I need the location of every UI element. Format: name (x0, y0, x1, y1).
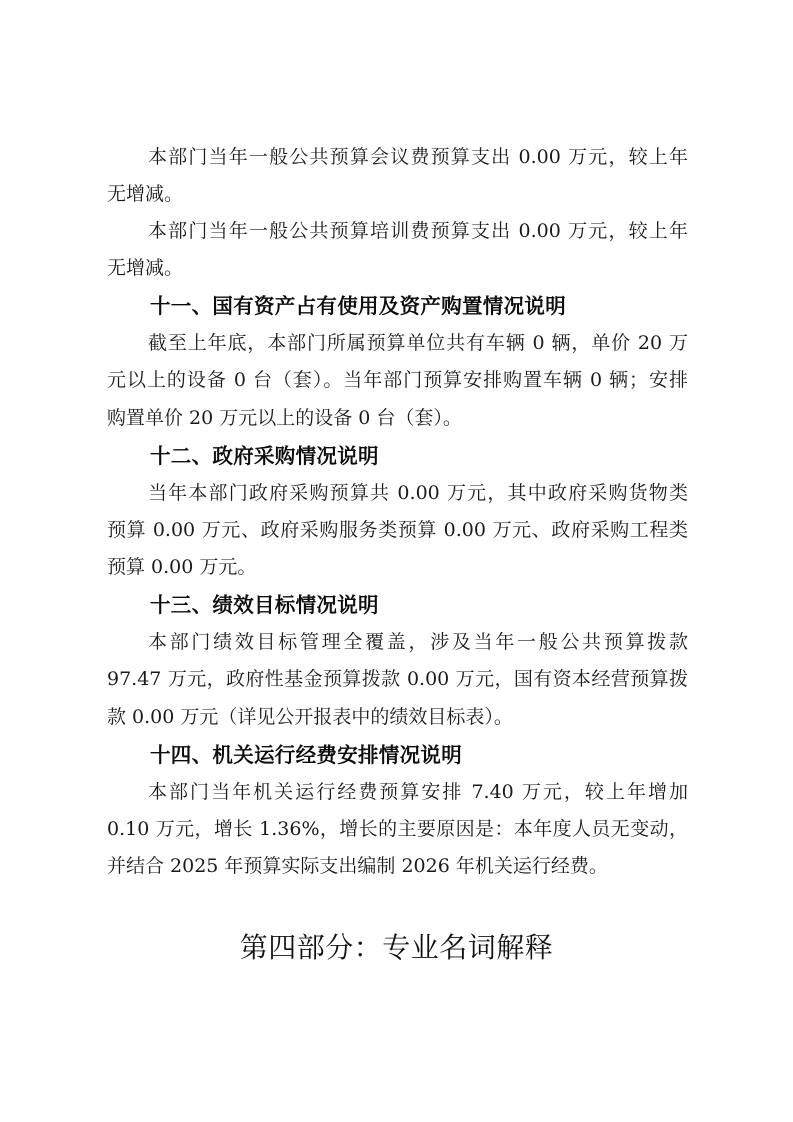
section-operating-costs-line-2: 0.10 万元，增长 1.36%，增长的主要原因是：本年度人员无变动， (107, 811, 688, 848)
section-heading-procurement: 十二、政府采购情况说明 (150, 438, 379, 475)
section-heading-operating-costs: 十四、机关运行经费安排情况说明 (150, 737, 462, 774)
section-heading-performance: 十三、绩效目标情况说明 (150, 587, 379, 624)
part-title: 第四部分：专业名词解释 (0, 928, 793, 968)
paragraph-training-fee-line-2: 无增减。 (107, 250, 688, 287)
section-operating-costs-line-1: 本部门当年机关运行经费预算安排 7.40 万元，较上年增加 (148, 774, 688, 811)
section-procurement-line-3: 预算 0.00 万元。 (107, 549, 688, 586)
section-procurement-line-1: 当年本部门政府采购预算共 0.00 万元，其中政府采购货物类 (148, 475, 688, 512)
paragraph-meeting-fee-line-2: 无增减。 (107, 176, 688, 213)
section-assets-line-1: 截至上年底，本部门所属预算单位共有车辆 0 辆，单价 20 万 (148, 325, 688, 362)
section-heading-assets: 十一、国有资产占有使用及资产购置情况说明 (150, 288, 566, 325)
section-assets-line-3: 购置单价 20 万元以上的设备 0 台（套）。 (107, 400, 688, 437)
document-page: 本部门当年一般公共预算会议费预算支出 0.00 万元，较上年 无增减。 本部门当… (0, 0, 793, 1122)
section-procurement-line-2: 预算 0.00 万元、政府采购服务类预算 0.00 万元、政府采购工程类 (107, 512, 688, 549)
section-assets-line-2: 元以上的设备 0 台（套）。当年部门预算安排购置车辆 0 辆；安排 (107, 362, 688, 399)
paragraph-training-fee-line-1: 本部门当年一般公共预算培训费预算支出 0.00 万元，较上年 (148, 213, 688, 250)
section-performance-line-3: 款 0.00 万元（详见公开报表中的绩效目标表）。 (107, 699, 688, 736)
paragraph-meeting-fee-line-1: 本部门当年一般公共预算会议费预算支出 0.00 万元，较上年 (148, 139, 688, 176)
section-performance-line-1: 本部门绩效目标管理全覆盖，涉及当年一般公共预算拨款 (148, 624, 688, 661)
section-performance-line-2: 97.47 万元，政府性基金预算拨款 0.00 万元，国有资本经营预算拨 (107, 661, 688, 698)
section-operating-costs-line-3: 并结合 2025 年预算实际支出编制 2026 年机关运行经费。 (107, 848, 688, 885)
